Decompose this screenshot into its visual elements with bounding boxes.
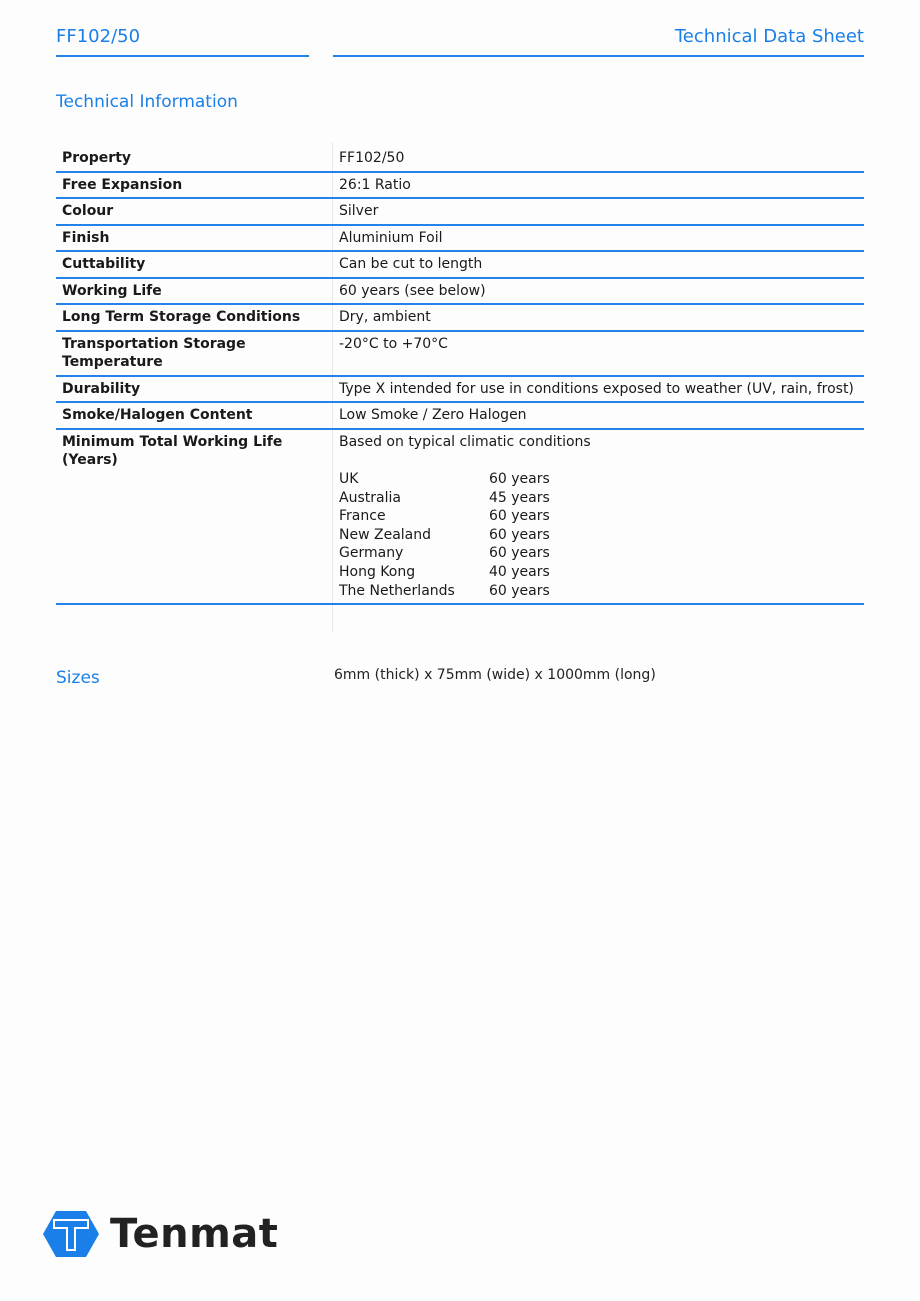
property-value-text: Aluminium Foil <box>339 229 858 248</box>
country-name: France <box>339 507 489 526</box>
property-value-text: 26:1 Ratio <box>339 176 858 195</box>
property-value-text: Based on typical climatic conditions <box>339 433 858 452</box>
table-row: Smoke/Halogen ContentLow Smoke / Zero Ha… <box>56 402 864 429</box>
property-name: Durability <box>56 376 333 403</box>
country-name: The Netherlands <box>339 582 489 601</box>
list-item: France60 years <box>339 507 858 526</box>
property-value: Based on typical climatic conditionsUK60… <box>333 429 864 605</box>
country-years: 60 years <box>489 582 550 601</box>
section-title: Technical Information <box>56 92 238 112</box>
property-value: Low Smoke / Zero Halogen <box>333 402 864 429</box>
working-life-list: UK60 yearsAustralia45 yearsFrance60 year… <box>339 470 858 600</box>
list-item: Hong Kong40 years <box>339 563 858 582</box>
property-name: Cuttability <box>56 251 333 278</box>
property-value-text: Type X intended for use in conditions ex… <box>339 380 858 399</box>
property-name: Property <box>56 146 333 172</box>
table-row: Minimum Total Working Life (Years)Based … <box>56 429 864 605</box>
country-years: 60 years <box>489 507 550 526</box>
country-years: 60 years <box>489 544 550 563</box>
product-code-header: FF102/50 <box>56 26 140 47</box>
country-name: UK <box>339 470 489 489</box>
property-value: Dry, ambient <box>333 304 864 331</box>
list-item: The Netherlands60 years <box>339 582 858 601</box>
table-row: ColourSilver <box>56 198 864 225</box>
sizes-label: Sizes <box>56 668 100 688</box>
property-value: -20°C to +70°C <box>333 331 864 376</box>
tenmat-logo: Tenmat <box>42 1210 278 1258</box>
list-item: Germany60 years <box>339 544 858 563</box>
property-name: Working Life <box>56 278 333 305</box>
table-row: Working Life60 years (see below) <box>56 278 864 305</box>
country-name: New Zealand <box>339 526 489 545</box>
header-rule-left <box>56 55 309 57</box>
country-years: 40 years <box>489 563 550 582</box>
technical-info-table: PropertyFF102/50Free Expansion26:1 Ratio… <box>56 146 864 605</box>
country-years: 60 years <box>489 526 550 545</box>
country-years: 60 years <box>489 470 550 489</box>
header-rule-right <box>333 55 864 57</box>
list-item: New Zealand60 years <box>339 526 858 545</box>
property-value: Silver <box>333 198 864 225</box>
property-value: 60 years (see below) <box>333 278 864 305</box>
list-item: Australia45 years <box>339 489 858 508</box>
property-name: Finish <box>56 225 333 252</box>
hexagon-t-icon <box>42 1210 100 1258</box>
property-value-text: 60 years (see below) <box>339 282 858 301</box>
property-value: Aluminium Foil <box>333 225 864 252</box>
property-value-text: FF102/50 <box>339 149 858 168</box>
property-value: 26:1 Ratio <box>333 172 864 199</box>
property-value: Can be cut to length <box>333 251 864 278</box>
table-row: Long Term Storage ConditionsDry, ambient <box>56 304 864 331</box>
table-row: CuttabilityCan be cut to length <box>56 251 864 278</box>
table-row: FinishAluminium Foil <box>56 225 864 252</box>
property-value-text: Low Smoke / Zero Halogen <box>339 406 858 425</box>
property-value-text: -20°C to +70°C <box>339 335 858 354</box>
property-name: Free Expansion <box>56 172 333 199</box>
country-years: 45 years <box>489 489 550 508</box>
property-name: Smoke/Halogen Content <box>56 402 333 429</box>
sizes-value: 6mm (thick) x 75mm (wide) x 1000mm (long… <box>334 667 656 683</box>
property-name: Transportation Storage Temperature <box>56 331 333 376</box>
country-name: Germany <box>339 544 489 563</box>
table-row: DurabilityType X intended for use in con… <box>56 376 864 403</box>
table-row: Transportation Storage Temperature-20°C … <box>56 331 864 376</box>
country-name: Hong Kong <box>339 563 489 582</box>
property-value: FF102/50 <box>333 146 864 172</box>
property-name: Minimum Total Working Life (Years) <box>56 429 333 605</box>
property-value-text: Dry, ambient <box>339 308 858 327</box>
logo-text: Tenmat <box>110 1211 278 1257</box>
table-row: PropertyFF102/50 <box>56 146 864 172</box>
table-row: Free Expansion26:1 Ratio <box>56 172 864 199</box>
property-name: Long Term Storage Conditions <box>56 304 333 331</box>
property-value: Type X intended for use in conditions ex… <box>333 376 864 403</box>
property-value-text: Silver <box>339 202 858 221</box>
property-name: Colour <box>56 198 333 225</box>
list-item: UK60 years <box>339 470 858 489</box>
property-value-text: Can be cut to length <box>339 255 858 274</box>
country-name: Australia <box>339 489 489 508</box>
document-type-header: Technical Data Sheet <box>675 26 864 47</box>
